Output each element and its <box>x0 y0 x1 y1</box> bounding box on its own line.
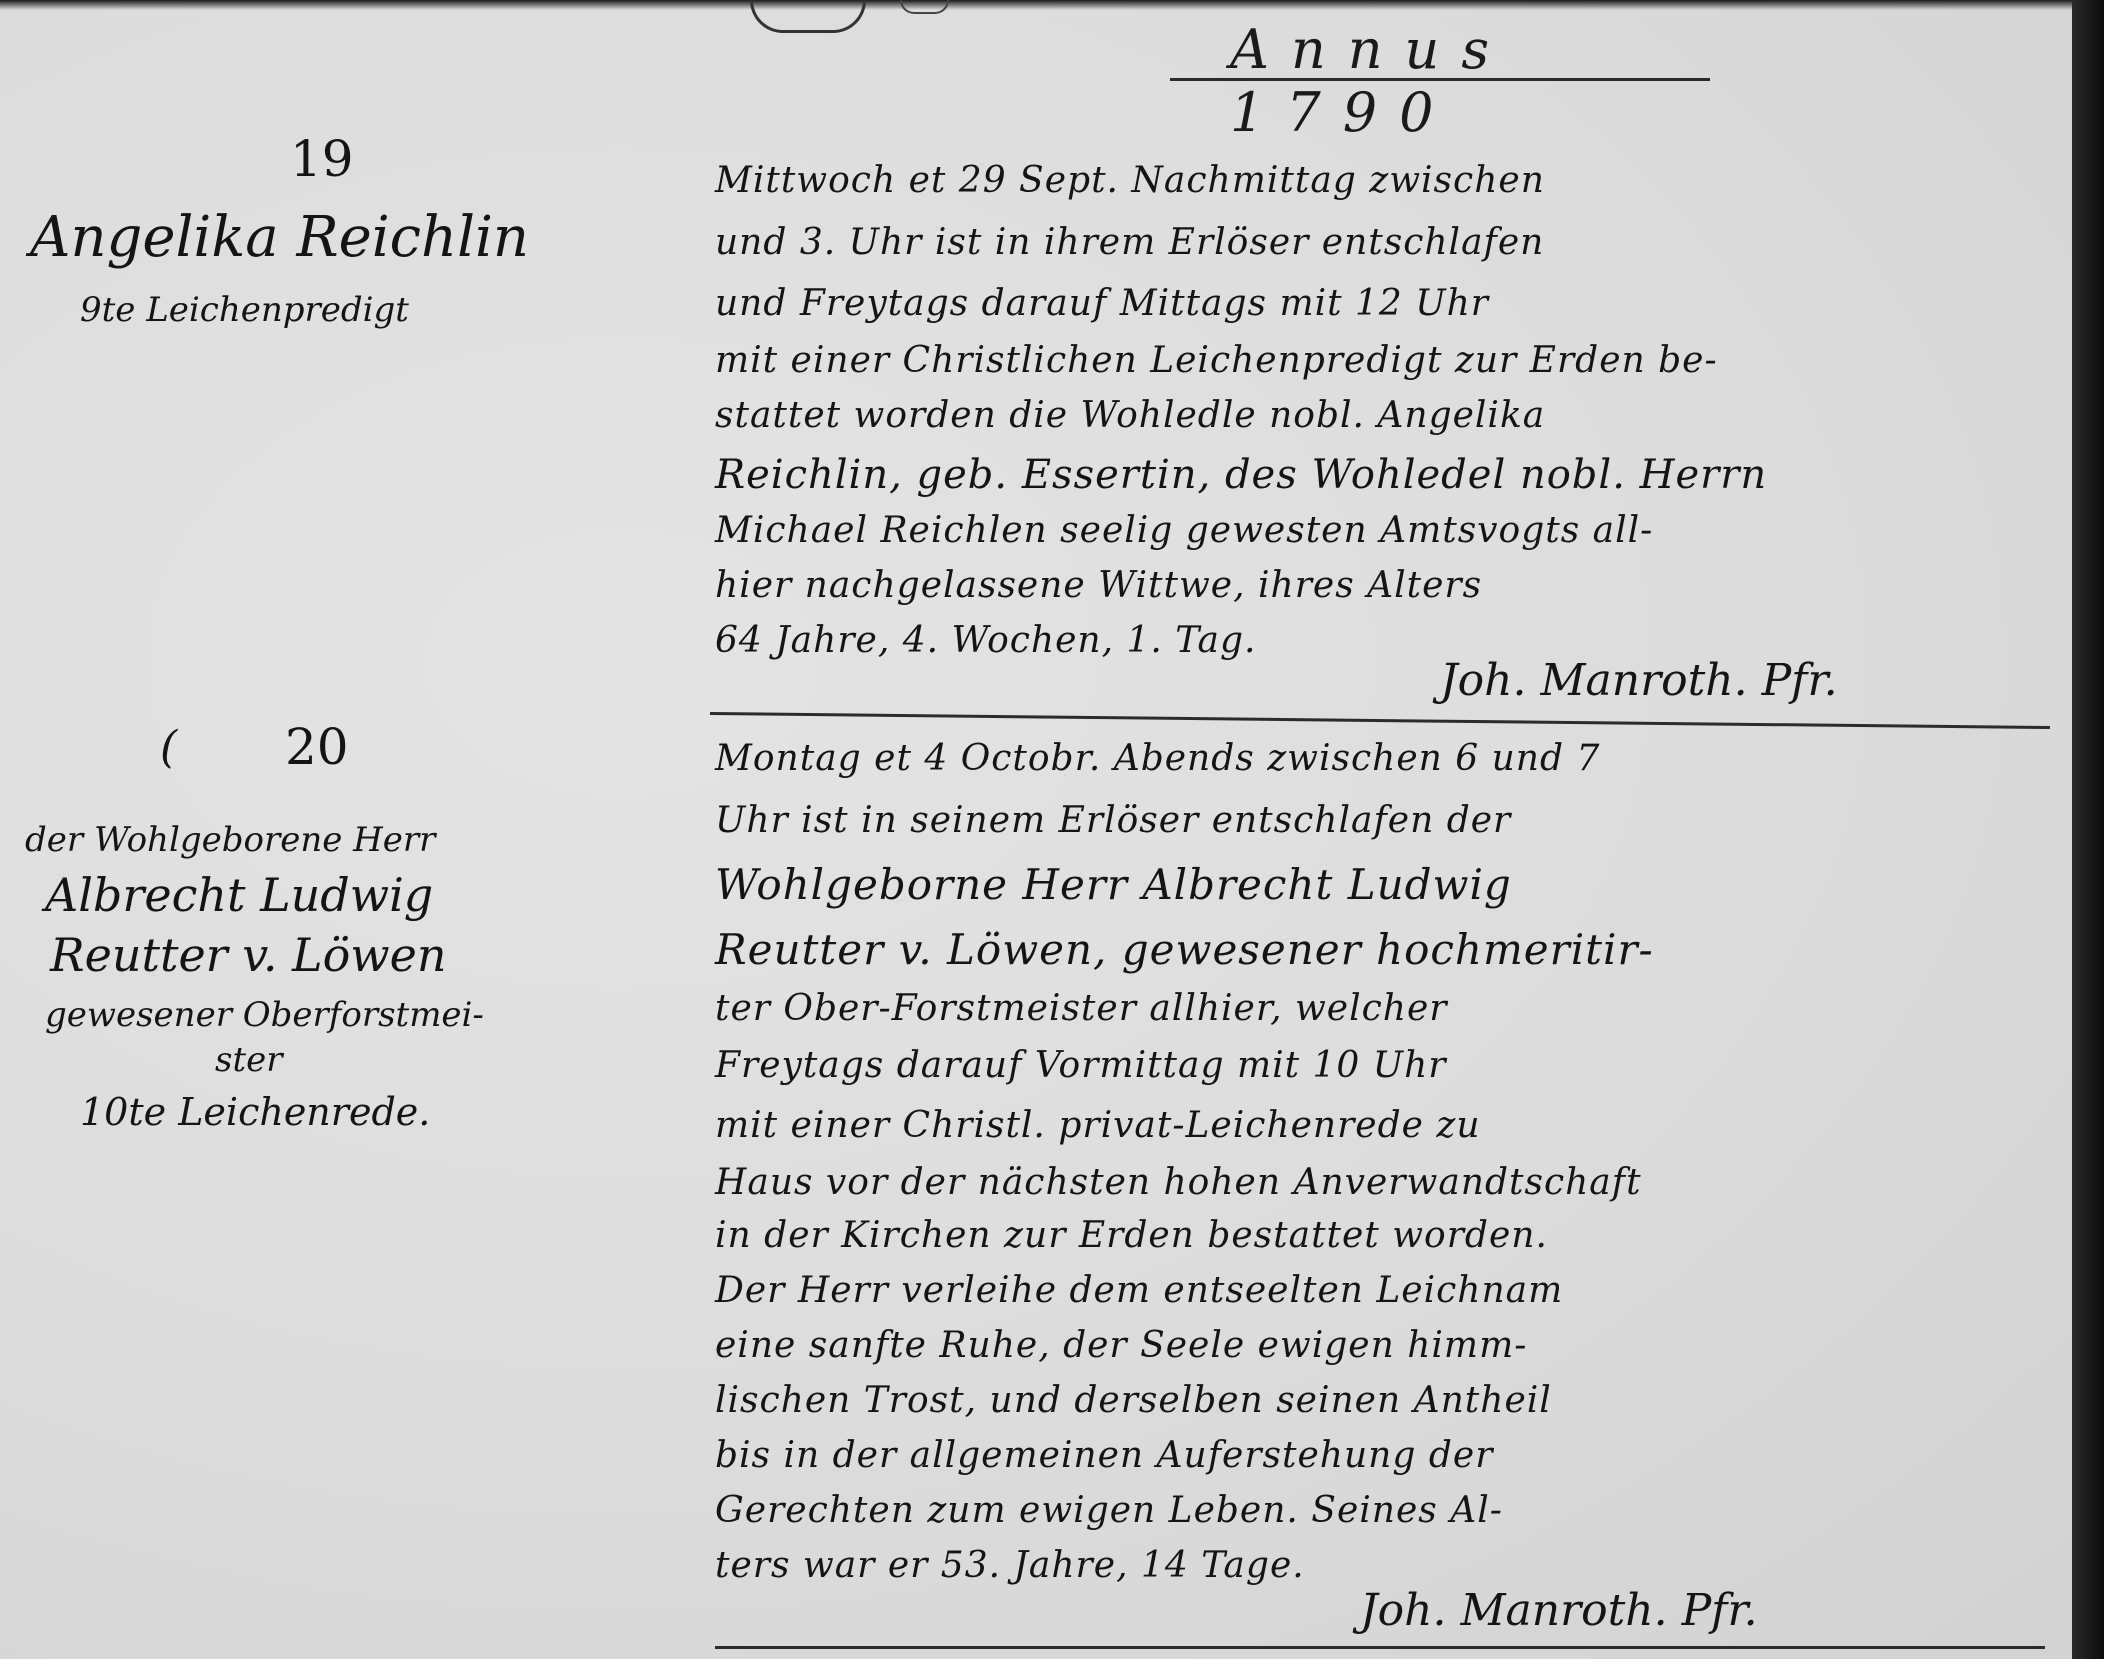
body-line: ters war er 53. Jahre, 14 Tage. <box>715 1545 1305 1586</box>
ink-blot-decoration <box>750 0 866 33</box>
body-line: und 3. Uhr ist in ihrem Erlöser entschla… <box>715 222 1544 263</box>
body-line: und Freytags darauf Mittags mit 12 Uhr <box>715 283 1489 324</box>
body-line: Mittwoch et 29 Sept. Nachmittag zwischen <box>715 160 1545 201</box>
deceased-name: Angelika Reichlin <box>30 205 529 270</box>
pastor-signature: Joh. Manroth. Pfr. <box>1360 1585 1758 1636</box>
body-line: Michael Reichlen seelig gewesten Amtsvog… <box>715 510 1653 551</box>
body-line: eine sanfte Ruhe, der Seele ewigen himm- <box>715 1325 1527 1366</box>
office-title: gewesener Oberforstmei- <box>45 995 484 1035</box>
sermon-note: 10te Leichenrede. <box>80 1090 430 1134</box>
deceased-surname: Reutter v. Löwen <box>50 928 447 982</box>
honorific: der Wohlgeborene Herr <box>25 820 435 860</box>
entry-divider <box>710 712 2050 729</box>
year-heading: Annus 1790 <box>1230 18 1700 144</box>
deceased-name: Albrecht Ludwig <box>45 868 433 922</box>
margin-mark: ( <box>160 722 177 773</box>
pastor-signature: Joh. Manroth. Pfr. <box>1440 655 1838 706</box>
office-title-cont: ster <box>215 1040 283 1080</box>
body-line: in der Kirchen zur Erden bestattet worde… <box>715 1215 1548 1256</box>
sermon-note: 9te Leichenpredigt <box>80 290 409 330</box>
body-line: Uhr ist in seinem Erlöser entschlafen de… <box>715 800 1511 841</box>
manuscript-page: Annus 1790 19 Angelika Reichlin 9te Leic… <box>0 0 2074 1659</box>
body-line: hier nachgelassene Wittwe, ihres Alters <box>715 565 1482 606</box>
body-line: Freytags darauf Vormittag mit 10 Uhr <box>715 1045 1447 1086</box>
body-line: bis in der allgemeinen Auferstehung der <box>715 1435 1493 1476</box>
ink-blot-decoration-small <box>900 0 949 14</box>
body-line: stattet worden die Wohledle nobl. Angeli… <box>715 395 1545 436</box>
book-binding-edge <box>2072 0 2104 1659</box>
body-line: Haus vor der nächsten hohen Anverwandtsc… <box>715 1162 1642 1203</box>
body-line: Montag et 4 Octobr. Abends zwischen 6 un… <box>715 738 1600 779</box>
body-line: Gerechten zum ewigen Leben. Seines Al- <box>715 1490 1503 1531</box>
entry-number: 19 <box>290 130 354 188</box>
body-line: mit einer Christlichen Leichenpredigt zu… <box>715 340 1718 381</box>
header-underline <box>1170 78 1710 81</box>
body-line: lischen Trost, und derselben seinen Anth… <box>715 1380 1552 1421</box>
body-line: Reichlin, geb. Essertin, des Wohledel no… <box>715 452 1767 498</box>
body-line: Wohlgeborne Herr Albrecht Ludwig <box>715 860 1512 909</box>
entry-divider <box>715 1646 2045 1649</box>
body-line: Reutter v. Löwen, gewesener hochmeritir- <box>715 925 1654 974</box>
body-line: Der Herr verleihe dem entseelten Leichna… <box>715 1270 1563 1311</box>
body-line: mit einer Christl. privat-Leichenrede zu <box>715 1105 1481 1146</box>
entry-number: 20 <box>285 718 349 776</box>
body-line: 64 Jahre, 4. Wochen, 1. Tag. <box>715 620 1256 661</box>
page-header: Annus 1790 <box>1020 10 1700 90</box>
body-line: ter Ober-Forstmeister allhier, welcher <box>715 988 1447 1029</box>
page-top-shadow <box>0 0 2104 10</box>
